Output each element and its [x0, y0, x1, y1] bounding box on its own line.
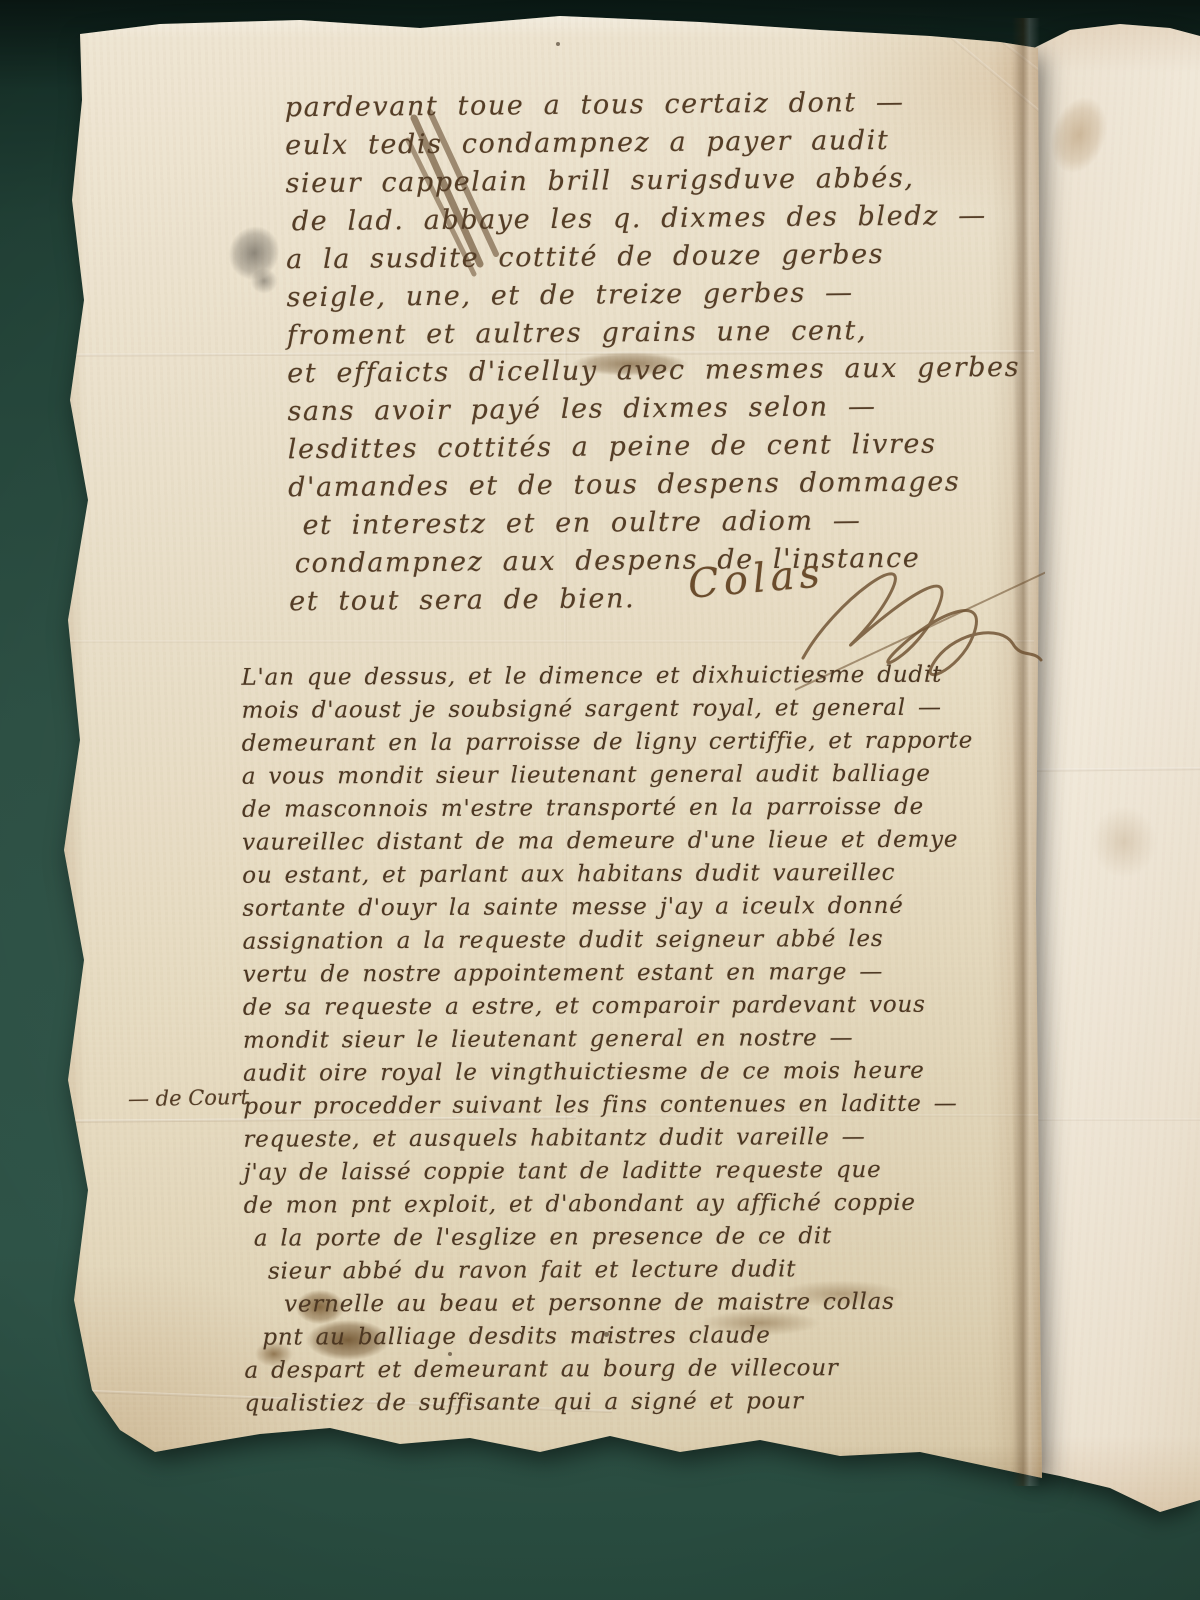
manuscript-line: a la porte de l'esglize en presence de c…: [254, 1219, 1034, 1255]
manuscript-line: vaureillec distant de ma demeure d'une l…: [242, 823, 1032, 859]
manuscript-line: vernelle au beau et personne de maistre …: [284, 1285, 1034, 1321]
manuscript-line: a despart et demeurant au bourg de ville…: [244, 1351, 1034, 1387]
manuscript-line: seigle, une, et de treize gerbes —: [286, 273, 1031, 317]
manuscript-line: d'amandes et de tous despens dommages: [288, 463, 1033, 507]
manuscript-line: demeurant en la parroisse de ligny certi…: [242, 724, 1032, 760]
manuscript-line: de mon pnt exploit, et d'abondant ay aff…: [244, 1186, 1034, 1222]
margin-note: — de Court: [128, 1085, 249, 1111]
manuscript-line: pnt au balliage desdits maistres claude: [262, 1318, 1034, 1354]
manuscript-line: et interestz et en oultre adiom —: [302, 501, 1033, 545]
manuscript-line: mondit sieur le lieutenant general en no…: [243, 1021, 1033, 1057]
manuscript-line: vertu de nostre appointement estant en m…: [243, 955, 1033, 991]
manuscript-line: assignation a la requeste dudit seigneur…: [242, 922, 1032, 958]
manuscript-line: requeste, et ausquels habitantz dudit va…: [243, 1120, 1033, 1156]
manuscript-line: sans avoir payé les dixmes selon —: [287, 387, 1032, 431]
manuscript-line: audit oire royal le vingthuictiesme de c…: [243, 1054, 1033, 1090]
manuscript-line: L'an que dessus, et le dimence et dixhui…: [241, 658, 1031, 694]
manuscript-line: et effaicts d'icelluy avec mesmes aux ge…: [287, 349, 1032, 393]
manuscript-line: sieur cappelain brill surigsduve abbés,: [285, 159, 1030, 203]
manuscript-photo: pardevant toue a tous certaiz dont —eulx…: [0, 0, 1200, 1600]
fold-crease-horizontal: [1024, 1118, 1200, 1121]
manuscript-line: lesdittes cottités a peine de cent livre…: [288, 425, 1033, 469]
manuscript-line: sortante d'ouyr la sainte messe j'ay a i…: [242, 889, 1032, 925]
manuscript-line: de sa requeste a estre, et comparoir par…: [243, 988, 1033, 1024]
manuscript-line: qualistiez de suffisante qui a signé et …: [245, 1384, 1035, 1420]
manuscript-line: pardevant toue a tous certaiz dont —: [285, 83, 1030, 127]
manuscript-line: ou estant, et parlant aux habitans dudit…: [242, 856, 1032, 892]
manuscript-line: a la susdite cottité de douze gerbes: [286, 235, 1031, 279]
ink-smudge: [246, 264, 282, 298]
manuscript-line: de lad. abbaye les q. dixmes des bledz —: [292, 197, 1031, 241]
manuscript-line: de masconnois m'estre transporté en la p…: [242, 790, 1032, 826]
manuscript-line: sieur abbé du ravon fait et lecture dudi…: [268, 1252, 1034, 1288]
water-stain: [1082, 796, 1166, 888]
manuscript-line: j'ay de laissé coppie tant de laditte re…: [244, 1153, 1034, 1189]
manuscript-line: a vous mondit sieur lieutenant general a…: [242, 757, 1032, 793]
manuscript-line: pour procedder suivant les fins contenue…: [243, 1087, 1033, 1123]
manuscript-line: eulx tedis condampnez a payer audit: [285, 121, 1030, 165]
manuscript-line: froment et aultres grains une cent,: [287, 311, 1032, 355]
exploit-paragraph: L'an que dessus, et le dimence et dixhui…: [241, 658, 1034, 1420]
manuscript-line: mois d'aoust je soubsigné sargent royal,…: [241, 691, 1031, 727]
ink-speck: [556, 42, 560, 46]
